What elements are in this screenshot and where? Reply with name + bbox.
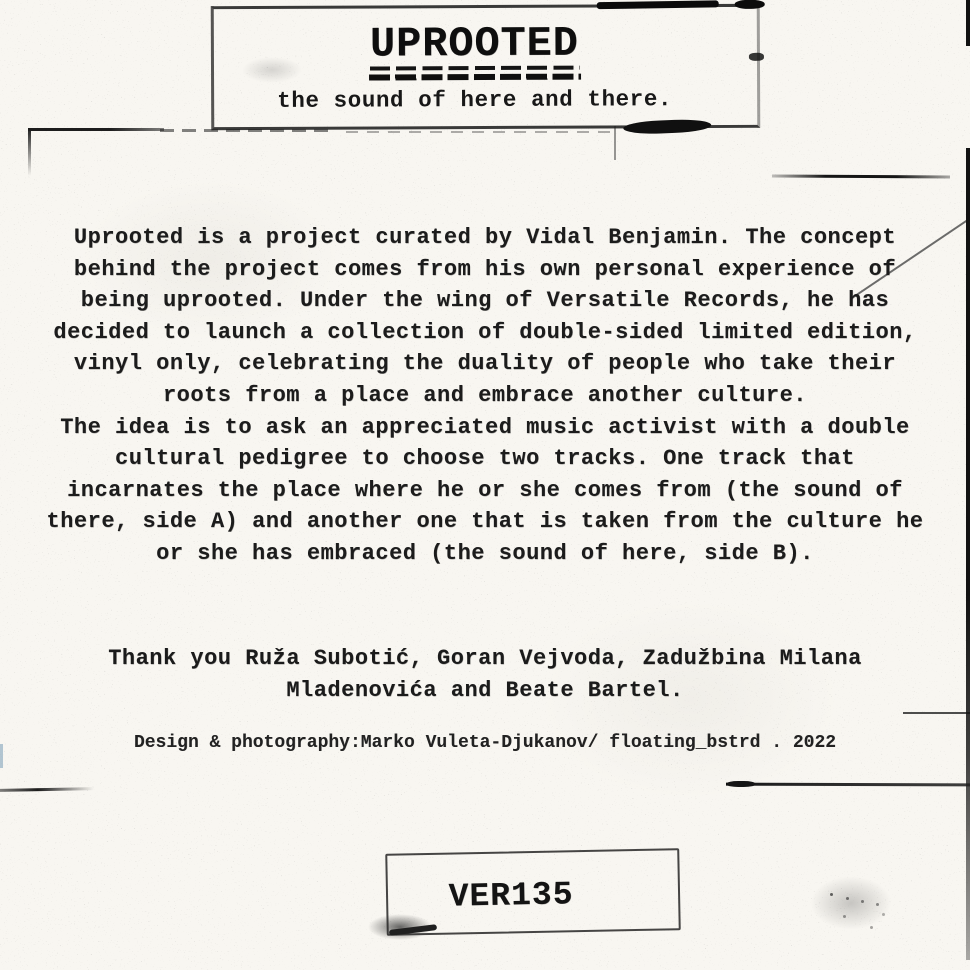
ink-line-mark xyxy=(903,712,970,714)
ink-smudge xyxy=(242,57,302,83)
title-dashed-underline xyxy=(369,74,581,81)
ink-blob-mark xyxy=(735,0,765,9)
ink-blob-mark xyxy=(749,53,764,61)
ink-blob-mark xyxy=(727,781,755,787)
frame-corner-mark-vertical xyxy=(28,128,31,176)
ink-dash-mark xyxy=(772,175,950,179)
description-line: vinyl only, celebrating the duality of p… xyxy=(0,348,970,380)
description-paragraph: Uprooted is a project curated by Vidal B… xyxy=(0,222,970,570)
description-line: there, side A) and another one that is t… xyxy=(0,506,970,538)
ink-tick-mark xyxy=(614,126,616,160)
frame-mark-dashed xyxy=(346,131,614,133)
record-insert-page: UPROOTED the sound of here and there. Up… xyxy=(0,0,970,970)
catalog-number: VER135 xyxy=(448,876,574,915)
description-line: incarnates the place where he or she com… xyxy=(0,475,970,507)
description-line: roots from a place and embrace another c… xyxy=(0,380,970,412)
thanks-line: Thank you Ruža Subotić, Goran Vejvoda, Z… xyxy=(0,643,970,675)
horizontal-rule-left xyxy=(0,787,94,792)
description-line: or she has embraced (the sound of here, … xyxy=(0,538,970,570)
description-line: being uprooted. Under the wing of Versat… xyxy=(0,285,970,317)
design-credit: Design & photography:Marko Vuleta-Djukan… xyxy=(0,732,970,754)
description-line: Uprooted is a project curated by Vidal B… xyxy=(0,222,970,254)
description-line: behind the project comes from his own pe… xyxy=(0,254,970,286)
scan-edge-line-top xyxy=(966,0,970,46)
ink-speckle-dots xyxy=(830,893,833,896)
frame-corner-mark-horizontal-faded xyxy=(160,129,336,132)
description-line: The idea is to ask an appreciated music … xyxy=(0,412,970,444)
thanks-line: Mladenovića and Beate Bartel. xyxy=(0,675,970,707)
album-subtitle: the sound of here and there. xyxy=(214,86,735,114)
ink-blob-mark xyxy=(597,0,719,9)
title-stamp-box: UPROOTED the sound of here and there. xyxy=(211,4,761,130)
ink-speckle-cluster xyxy=(795,866,907,940)
thanks-paragraph: Thank you Ruža Subotić, Goran Vejvoda, Z… xyxy=(0,643,970,707)
album-title: UPROOTED xyxy=(370,22,579,67)
frame-corner-mark-horizontal xyxy=(28,128,164,131)
ink-blob-mark xyxy=(623,118,711,134)
description-line: cultural pedigree to choose two tracks. … xyxy=(0,443,970,475)
description-line: decided to launch a collection of double… xyxy=(0,317,970,349)
